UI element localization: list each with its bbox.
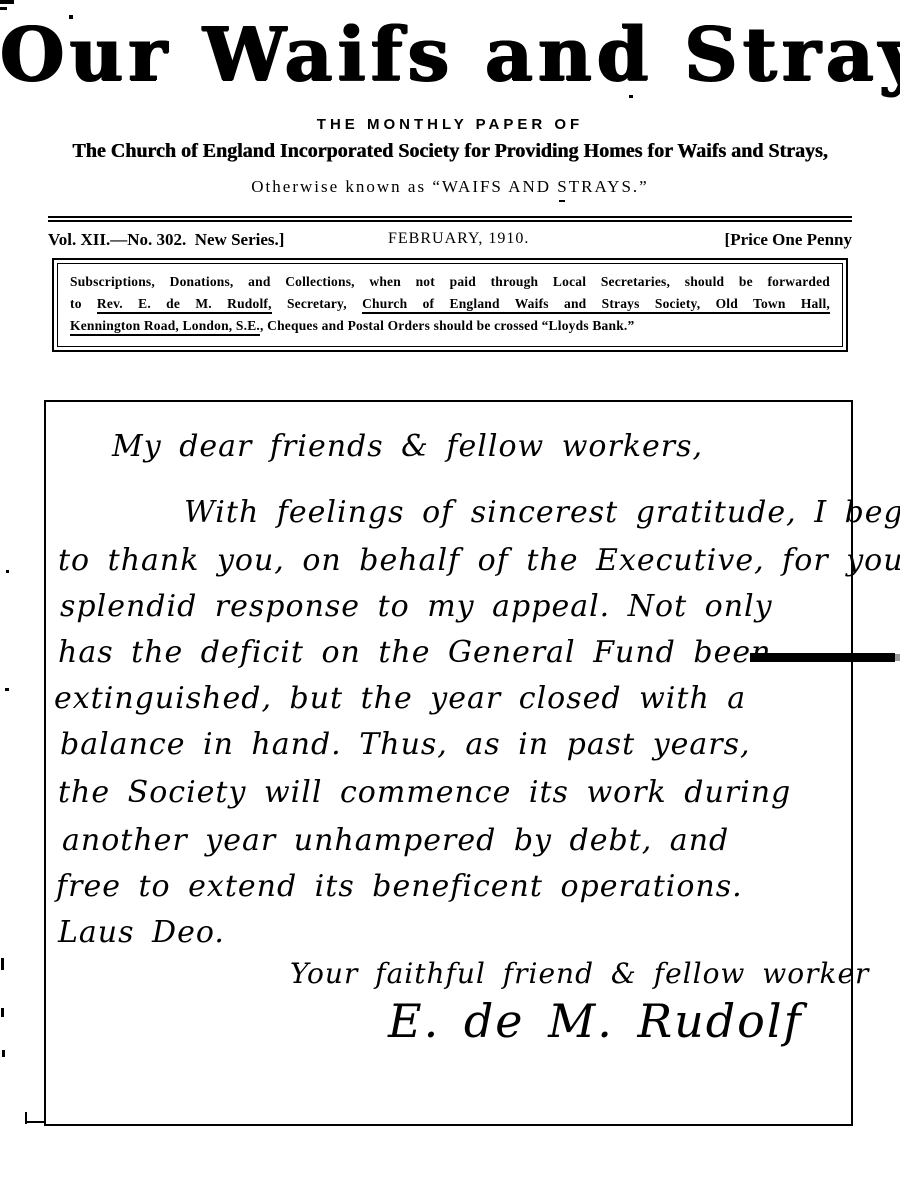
- masthead-title: Our Waifs and Strays: [0, 18, 900, 92]
- notice-line-2-mid: Secretary,: [272, 296, 362, 311]
- alias-line: Otherwise known as “WAIFS AND STRAYS.”: [0, 177, 900, 197]
- double-rule: [48, 216, 852, 222]
- redaction-mark-tail: [895, 654, 900, 661]
- notice-line-3-post: , Cheques and Postal Orders should be cr…: [260, 318, 634, 333]
- letter-line: to thank you, on behalf of the Executive…: [58, 546, 900, 576]
- notice-line-3: Kennington Road, London, S.E., Cheques a…: [70, 315, 830, 337]
- letter-line: free to extend its beneficent operations…: [56, 872, 743, 902]
- scan-speck: [6, 570, 9, 573]
- letter-line: has the deficit on the General Fund been: [58, 638, 771, 668]
- signature: E. de M. Rudolf: [388, 998, 803, 1044]
- scan-speck: [559, 200, 565, 202]
- society-name-line: The Church of England Incorporated Socie…: [0, 140, 900, 163]
- letter-salutation: My dear friends & fellow workers,: [112, 432, 703, 462]
- issue-price: [Price One Penny: [725, 230, 852, 250]
- subscription-notice-inner: Subscriptions, Donations, and Collection…: [57, 263, 843, 347]
- issue-line: Vol. XII.—No. 302. New Series.] FEBRUARY…: [0, 230, 900, 252]
- redaction-mark: [750, 653, 895, 662]
- volume-number: Vol. XII.—No. 302. New Series.]: [48, 230, 284, 250]
- letter-line: extinguished, but the year closed with a: [54, 684, 746, 714]
- scan-speck: [629, 95, 633, 98]
- scan-speck: [0, 7, 7, 10]
- scan-speck: [2, 1050, 5, 1057]
- scanned-newspaper-page: Our Waifs and Strays THE MONTHLY PAPER O…: [0, 0, 900, 1199]
- letter-line: the Society will commence its work durin…: [58, 778, 791, 808]
- issue-date: FEBRUARY, 1910.: [388, 230, 529, 248]
- letter-line: splendid response to my appeal. Not only: [60, 592, 773, 622]
- scan-speck: [69, 15, 73, 19]
- letter-line: balance in hand. Thus, as in past years,: [60, 730, 751, 760]
- notice-line-2-pre: to: [70, 296, 97, 311]
- scan-speck: [1, 958, 4, 970]
- notice-line-2: to Rev. E. de M. Rudolf, Secretary, Chur…: [70, 293, 830, 315]
- road-address-underlined: Kennington Road, London, S.E.: [70, 318, 260, 336]
- scan-speck: [1, 1008, 4, 1017]
- notice-line-1: Subscriptions, Donations, and Collection…: [70, 271, 830, 293]
- scan-speck: [5, 688, 9, 691]
- handwritten-letter-box: My dear friends & fellow workers, With f…: [44, 400, 853, 1126]
- scan-speck: [0, 0, 14, 4]
- monthly-paper-line: THE MONTHLY PAPER OF: [0, 116, 900, 133]
- secretary-name-underlined: Rev. E. de M. Rudolf,: [97, 296, 272, 314]
- letter-line: Laus Deo.: [58, 918, 225, 948]
- letter-line: With feelings of sincerest gratitude, I …: [184, 498, 900, 528]
- subscription-notice-box: Subscriptions, Donations, and Collection…: [52, 258, 848, 352]
- letter-closing: Your faithful friend & fellow worker: [290, 960, 869, 988]
- letter-line: another year unhampered by debt, and: [62, 826, 729, 856]
- scan-speck: [25, 1121, 46, 1123]
- society-address-underlined: Church of England Waifs and Strays Socie…: [362, 296, 830, 314]
